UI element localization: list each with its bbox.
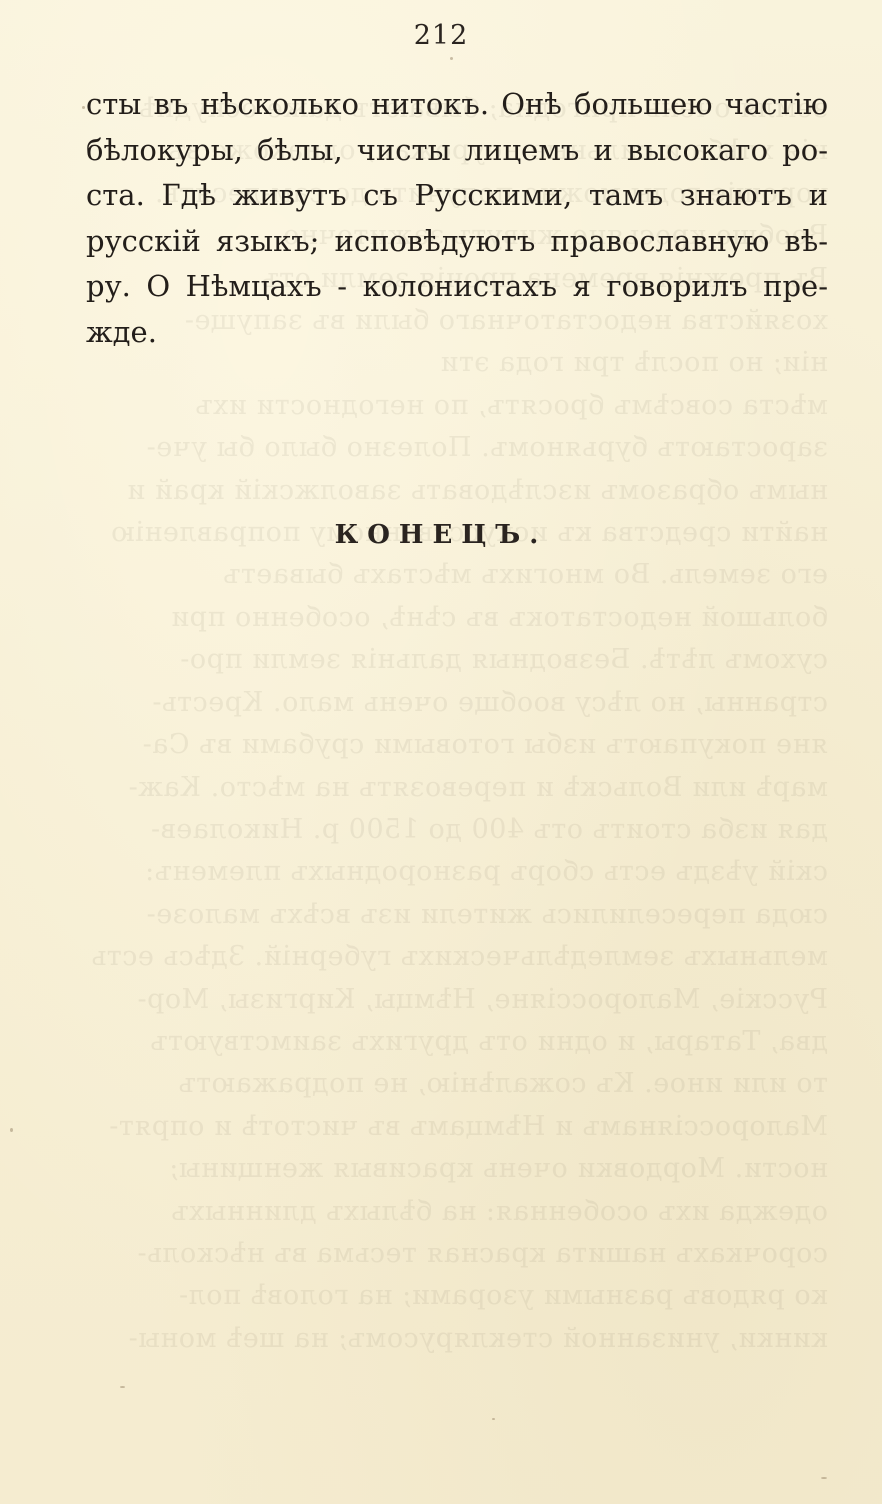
bleed-through-line: Русскіе, Малороссіяне, Нѣмцы, Киргизы, М… <box>88 979 828 1021</box>
text-line: ста. Гдѣ живутъ съ Русскими, тамъ знаютъ… <box>86 173 828 219</box>
paper-speck <box>821 1477 827 1479</box>
bleed-through-line: марѣ или Вольскѣ и перевозятъ на мѣсто. … <box>88 767 828 809</box>
bleed-through-line: то или иное. Къ сожалѣнію, не подражаютъ <box>88 1063 828 1105</box>
bleed-through-line: нымъ образомъ изслѣдовать заволжскій кра… <box>88 470 828 512</box>
text-line: ру. О Нѣмцахъ - колонистахъ я говорилъ п… <box>86 264 828 310</box>
paper-speck <box>82 106 85 109</box>
bleed-through-line: скій уѣздъ есть сборъ разнородныхъ племе… <box>88 851 828 893</box>
bleed-through-line: дая изба стоитъ отъ 400 до 1500 р. Никол… <box>88 809 828 851</box>
bleed-through-line: одежда ихъ особенная: на бѣлыхъ длинныхъ <box>88 1191 828 1233</box>
bleed-through-line: ко рядовъ разными узорами; на головѣ пол… <box>88 1275 828 1317</box>
bleed-through-line: сухомъ лѣтѣ. Безводныя дальнія земли про… <box>88 639 828 681</box>
body-paragraph: сты въ нѣсколько нитокъ. Онѣ большею час… <box>86 82 828 355</box>
scanned-book-page: земля очень пригодна; бываютъ даже оскуд… <box>0 0 882 1504</box>
bleed-through-line: большой недостатокъ въ сѣнѣ, особенно пр… <box>88 597 828 639</box>
bleed-through-line: ности. Мордовки очень красивыя женщины; <box>88 1148 828 1190</box>
bleed-through-line: заростаютъ бурьяномъ. Полезно было бы уч… <box>88 427 828 469</box>
bleed-through-line: два, Татары, и одни отъ другихъ заимству… <box>88 1021 828 1063</box>
paper-speck <box>120 1386 125 1388</box>
bleed-through-line: мѣста совсѣмъ бросятъ, по негодности ихъ <box>88 385 828 427</box>
paper-speck <box>10 1128 13 1132</box>
bleed-through-line: его земель. Во многихъ мѣстахъ бываетъ <box>88 554 828 596</box>
bleed-through-line: кинки, унизанной стеклярусомъ; на шеѣ мо… <box>88 1318 828 1360</box>
bleed-through-line: мельныхъ земледѣльческихъ губерній. Здѣс… <box>88 936 828 978</box>
bleed-through-line: сюда переселились жители изъ всѣхъ малоз… <box>88 894 828 936</box>
text-line: русскій языкъ; исповѣдуютъ православную … <box>86 219 828 265</box>
bleed-through-line: сорочкахъ нашита красная тесьма въ нѣско… <box>88 1233 828 1275</box>
text-line: жде. <box>86 310 828 356</box>
the-end-heading: КОНЕЦЪ. <box>0 520 882 550</box>
text-line: сты въ нѣсколько нитокъ. Онѣ большею час… <box>86 82 828 128</box>
bleed-through-line: Малороссіянамъ и Нѣмцамъ въ чистотѣ и оп… <box>88 1106 828 1148</box>
bleed-through-line: странны, но лѣсу вообще очень мало. Крес… <box>88 682 828 724</box>
text-line: бѣлокуры, бѣлы, чисты лицемъ и высокаго … <box>86 128 828 174</box>
paper-speck <box>492 1418 495 1420</box>
page-number: 212 <box>0 20 882 51</box>
paper-speck <box>450 57 453 60</box>
bleed-through-line: яне покупаютъ избы готовыми срубами въ С… <box>88 724 828 766</box>
